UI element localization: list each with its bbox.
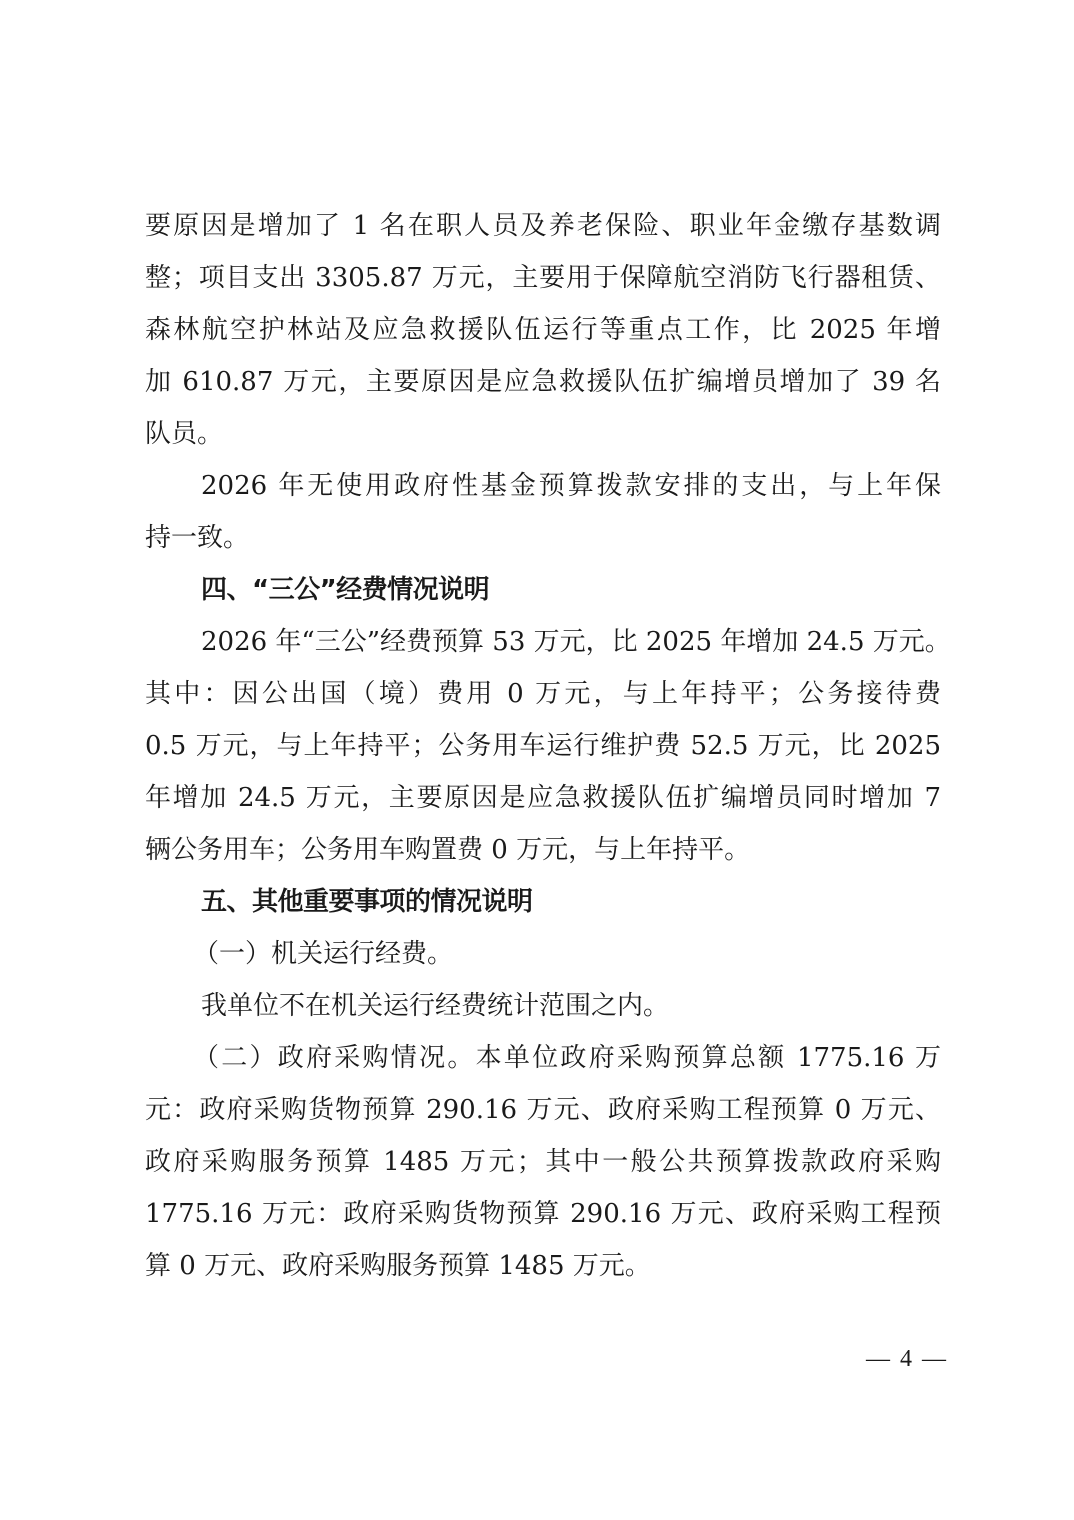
- text-line: 持一致。: [145, 512, 941, 564]
- text-line: 2026 年“三公”经费预算 53 万元，比 2025 年增加 24.5 万元。: [145, 616, 941, 668]
- section-heading-other-matters: 五、其他重要事项的情况说明: [145, 876, 941, 928]
- text-line: 其中：因公出国（境）费用 0 万元，与上年持平；公务接待费: [145, 668, 941, 720]
- document-page: 要原因是增加了 1 名在职人员及养老保险、职业年金缴存基数调 整；项目支出 33…: [145, 200, 941, 1292]
- text-line: 年增加 24.5 万元，主要原因是应急救援队伍扩编增员同时增加 7: [145, 772, 941, 824]
- paragraph-personnel-project-expenditure: 要原因是增加了 1 名在职人员及养老保险、职业年金缴存基数调 整；项目支出 33…: [145, 200, 941, 460]
- text-line: 森林航空护林站及应急救援队伍运行等重点工作，比 2025 年增: [145, 304, 941, 356]
- page-number: — 4 —: [866, 1346, 948, 1373]
- text-line: 整；项目支出 3305.87 万元，主要用于保障航空消防飞行器租赁、: [145, 252, 941, 304]
- text-line: 辆公务用车；公务用车购置费 0 万元，与上年持平。: [145, 824, 941, 876]
- subheading-operating-expenses: （一）机关运行经费。: [145, 928, 941, 980]
- paragraph-government-fund: 2026 年无使用政府性基金预算拨款安排的支出，与上年保 持一致。: [145, 460, 941, 564]
- text-line: （二）政府采购情况。本单位政府采购预算总额 1775.16 万: [145, 1032, 941, 1084]
- text-line: 2026 年无使用政府性基金预算拨款安排的支出，与上年保: [145, 460, 941, 512]
- text-line: 加 610.87 万元，主要原因是应急救援队伍扩编增员增加了 39 名: [145, 356, 941, 408]
- text-line: 元：政府采购货物预算 290.16 万元、政府采购工程预算 0 万元、: [145, 1084, 941, 1136]
- paragraph-three-public-expenses: 2026 年“三公”经费预算 53 万元，比 2025 年增加 24.5 万元。…: [145, 616, 941, 876]
- text-line: 算 0 万元、政府采购服务预算 1485 万元。: [145, 1240, 941, 1292]
- paragraph-government-procurement: （二）政府采购情况。本单位政府采购预算总额 1775.16 万 元：政府采购货物…: [145, 1032, 941, 1292]
- text-line: 1775.16 万元：政府采购货物预算 290.16 万元、政府采购工程预: [145, 1188, 941, 1240]
- paragraph-operating-expenses: 我单位不在机关运行经费统计范围之内。: [145, 980, 941, 1032]
- text-line: 要原因是增加了 1 名在职人员及养老保险、职业年金缴存基数调: [145, 200, 941, 252]
- text-line: 队员。: [145, 408, 941, 460]
- text-line: 0.5 万元，与上年持平；公务用车运行维护费 52.5 万元，比 2025: [145, 720, 941, 772]
- text-line: 政府采购服务预算 1485 万元；其中一般公共预算拨款政府采购: [145, 1136, 941, 1188]
- section-heading-three-public-expenses: 四、“三公”经费情况说明: [145, 564, 941, 616]
